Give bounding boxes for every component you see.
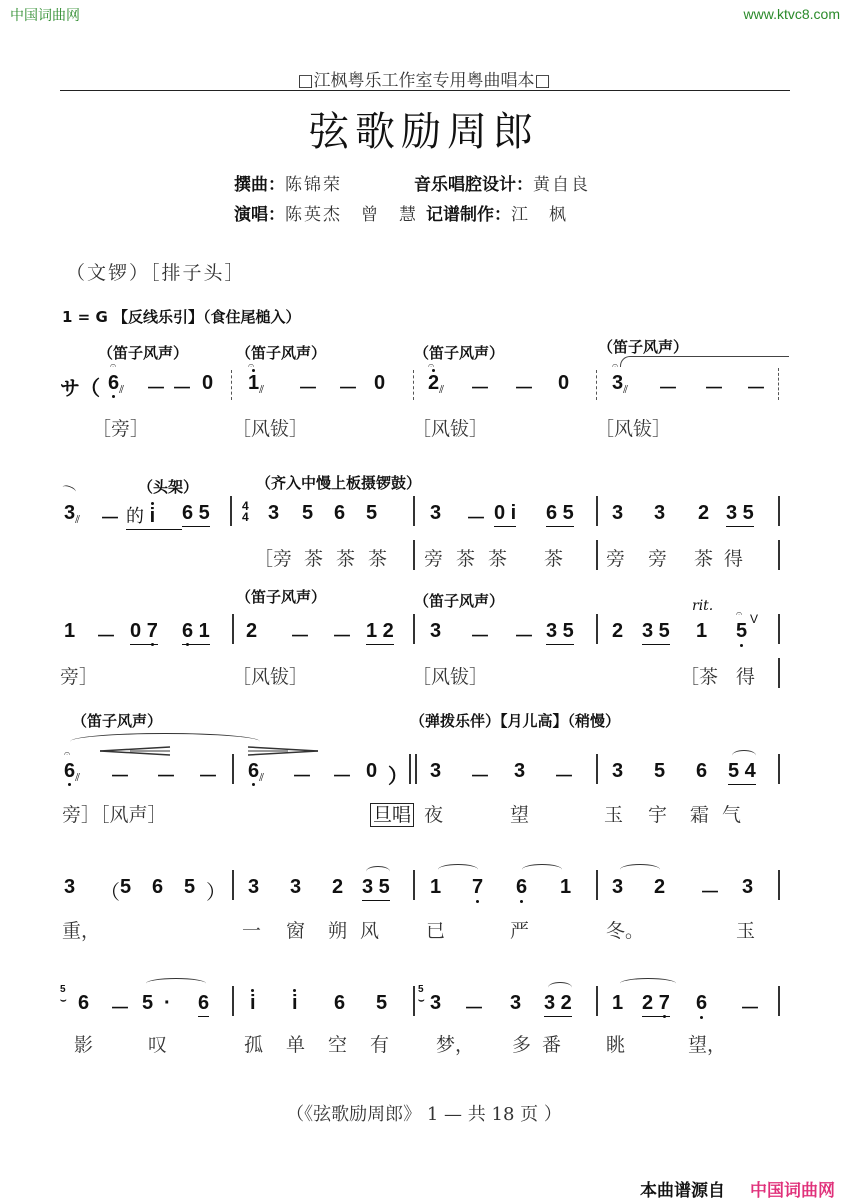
note: 0 (374, 372, 385, 395)
studio-banner: □江枫粤乐工作室专用粤曲唱本□ (0, 66, 848, 91)
note: 2 (428, 372, 439, 394)
lyric: ［风钹］ (412, 662, 488, 689)
lyric: 重， (62, 916, 100, 943)
barline (596, 540, 598, 570)
note: 3 (612, 876, 623, 898)
note: 3 (64, 876, 75, 898)
note: 6 (108, 372, 119, 394)
note: 6 (182, 620, 193, 642)
barline-dashed (413, 370, 414, 400)
dash: － (658, 372, 678, 401)
note: 3 (612, 502, 623, 524)
role-marker: 旦唱 (370, 800, 414, 827)
lyric: 茶 (488, 544, 507, 571)
note: 3 (430, 992, 441, 1014)
lyric: 旁 (424, 548, 443, 570)
note: 3 (430, 502, 441, 524)
credit-value: 陈锦荣 (285, 175, 342, 195)
source-site-link[interactable]: 中国词曲网 (750, 1176, 835, 1200)
lyric: 得 (724, 544, 743, 571)
dash: － (554, 760, 574, 789)
barline (596, 614, 598, 644)
dash: － (746, 372, 766, 401)
barline (596, 986, 598, 1016)
note: 3 (430, 760, 441, 782)
dash: － (700, 876, 720, 905)
credit-singers: 演唱：陈英杰 曾 慧 (234, 200, 418, 225)
lyric: 影 (74, 1030, 93, 1057)
note: 6 (516, 876, 527, 899)
source-label: 本曲谱源自 (640, 1176, 725, 1200)
barline (230, 496, 232, 526)
measure: 6⫽ － － 0 ） (248, 760, 408, 785)
dash: － (146, 372, 166, 401)
note-group: 0 7 (130, 620, 158, 645)
note: i (150, 505, 156, 527)
note: 6 (152, 876, 163, 899)
slur (620, 978, 676, 989)
lyric: ［旁 (254, 548, 292, 570)
credit-label: 撰曲： (234, 175, 285, 195)
dash: － (156, 760, 176, 789)
dash: － (100, 502, 120, 531)
lyric-note: 的 (126, 506, 144, 527)
note: 3 (612, 372, 623, 394)
lyric: 玉 (604, 800, 623, 827)
tremolo-icon: ⫽ (75, 514, 80, 526)
note-group: 1 2 (366, 620, 394, 645)
note: 3 (248, 876, 259, 898)
lyric: ［风钹］ (232, 662, 308, 689)
note-group: 6 1 (182, 620, 210, 645)
note: 1 (248, 372, 259, 394)
tremolo-icon: ⫽ (439, 384, 444, 396)
dash: － (198, 760, 218, 789)
dash: － (338, 372, 358, 401)
dash: － (96, 620, 116, 649)
barline (778, 496, 780, 526)
measure: 3 （ 5 6 5 ） (64, 876, 224, 899)
credit-composer: 撰曲：陈锦荣 (234, 170, 342, 195)
lyric: ［风钹］ (412, 414, 488, 441)
note: 1 (696, 620, 707, 643)
grace-note: 5⌣ (418, 984, 425, 1006)
dash: － (172, 372, 192, 401)
barline (232, 754, 234, 784)
key-signature-line: 1 = G 【反线乐引】（食住尾槌入） (62, 306, 301, 327)
note: 5 (376, 992, 387, 1015)
note: 2 (332, 876, 343, 899)
measure: 3 5 6 5 4 (612, 760, 772, 783)
lyric: 孤 (244, 1030, 263, 1057)
measure: 3 2 － 3 (612, 876, 772, 899)
dash: － (740, 992, 760, 1021)
lyric: ［风钹］ (595, 414, 671, 441)
credit-value: 黄自良 (533, 175, 590, 195)
lyric: 冬。 (606, 916, 644, 943)
dash: － (466, 502, 486, 531)
note: 5 (736, 620, 747, 643)
dash: － (290, 620, 310, 649)
tremolo-icon: ⫽ (623, 384, 628, 396)
barline-dashed (778, 368, 779, 400)
credit-label: 记谱制作： (426, 205, 511, 225)
note: 6 (198, 992, 209, 1017)
barline-dashed (231, 370, 232, 400)
slur (620, 864, 660, 875)
barline (232, 614, 234, 644)
dash: － (292, 760, 312, 789)
credit-music-design: 音乐唱腔设计：黄自良 (414, 170, 590, 195)
lyric: 茶 (544, 544, 563, 571)
note: 3 (742, 876, 753, 899)
note-group: 3 2 (544, 992, 572, 1017)
note: 6 (334, 992, 345, 1015)
barline (596, 870, 598, 900)
slur (522, 864, 562, 875)
lyric: 茶 (368, 544, 387, 571)
tremolo-icon: ⫽ (119, 384, 124, 396)
free-tempo-marker: サ（ (60, 378, 100, 400)
barline (413, 614, 415, 644)
note: 3 (64, 502, 75, 524)
barline (778, 614, 780, 644)
page-footer: （《弦歌励周郎》 1 — 共 18 页 ） (0, 1100, 848, 1126)
lyric: 旁 (606, 548, 625, 570)
note: 5 (654, 760, 665, 783)
measure: 3 3 2 3 5 (248, 876, 408, 899)
note: 5 (302, 502, 313, 525)
grace-note: 5⌣ (60, 984, 67, 1006)
lyric: 茶 (336, 544, 355, 571)
note: 1 (64, 620, 75, 642)
note-group: 6 5 (546, 502, 574, 527)
lyric: 有 (370, 1030, 389, 1057)
lyric-measure: ［旁 茶 茶 茶 (254, 544, 394, 571)
lyric: 茶 (304, 544, 323, 571)
lyric: 朔 (328, 916, 347, 943)
lyric: 严 (510, 916, 529, 943)
lyric: 梦， (436, 1030, 474, 1057)
slur (146, 978, 206, 989)
note: 6 (696, 760, 707, 783)
note: 6 (248, 760, 259, 782)
annotation: （笛子风声） (414, 590, 504, 611)
slur-continuation (61, 484, 77, 495)
measure: 1 2 7 6 － (612, 992, 772, 1015)
measure: 44 3 5 6 5 (242, 500, 392, 523)
lyric: ［旁］ (92, 414, 149, 441)
lyric: 风 (360, 916, 379, 943)
note: 2 (654, 876, 665, 899)
dash: － (470, 372, 490, 401)
paren-close: ） (206, 876, 226, 905)
barline (778, 986, 780, 1016)
lyric-measure: 旁 茶 茶 茶 (424, 544, 584, 571)
lyric: 多 (512, 1030, 531, 1057)
measure: 3⫽ － 的 i 6 5 (64, 502, 224, 527)
note: 5 (142, 992, 153, 1015)
note: 5 (184, 876, 195, 899)
barline (778, 870, 780, 900)
dash: － (704, 372, 724, 401)
barline (413, 870, 415, 900)
notes-row-1: サ（ (60, 372, 100, 401)
lyric: 气 (722, 800, 741, 827)
measure: i i 6 5 (250, 992, 410, 1015)
measure: 3 3 2 3 5 (612, 502, 772, 525)
dash: － (470, 760, 490, 789)
lyric: ［风钹］ (232, 414, 308, 441)
note-group: 3 5 (546, 620, 574, 645)
note-group: 3 5 (362, 876, 390, 901)
note: 1 (430, 876, 441, 898)
slur (438, 864, 478, 875)
note: 0 (558, 372, 569, 395)
note: 6 (78, 992, 89, 1015)
barline (778, 754, 780, 784)
time-sig-bottom: 4 (242, 510, 249, 524)
lyric-measure: 旁 旁 茶 得 (606, 544, 766, 571)
measure: 𝄐 6⫽ － － － (64, 760, 224, 785)
lyric: 番 (542, 1030, 561, 1057)
lyric: 茶 (694, 544, 713, 571)
note: 7 (147, 620, 158, 642)
tremolo-icon: ⫽ (259, 384, 264, 396)
dash: － (332, 760, 352, 789)
measure: 1 － 0 7 6 1 (64, 620, 224, 643)
lyric: 叹 (148, 1030, 167, 1057)
lyric: 玉 (736, 916, 755, 943)
lyric: ［茶 (680, 662, 718, 689)
double-barline (409, 754, 417, 784)
fermata-icon: 𝄐 (612, 360, 618, 373)
note-group: 6 5 (182, 502, 210, 527)
credit-value: 江 枫 (511, 205, 568, 225)
lyric: 窗 (286, 916, 305, 943)
lyric: 霜 (690, 800, 709, 827)
lyric: 夜 (424, 800, 443, 827)
measure: 2 － － 1 2 (246, 620, 406, 643)
song-title: 弦歌励周郎 (0, 100, 848, 157)
decrescendo-hairpin-icon (100, 746, 180, 756)
tremolo-icon: ⫽ (75, 772, 80, 784)
lyric: 一 (242, 916, 261, 943)
note: 3 (654, 502, 665, 525)
annotation: （齐入中慢上板摄锣鼓） (256, 472, 421, 493)
note: 3 (268, 502, 279, 525)
time-signature: 44 (242, 501, 249, 523)
note-group: 3 5 (642, 620, 670, 645)
barline (596, 754, 598, 784)
note: 7 (472, 876, 483, 899)
note: 5 (366, 502, 377, 525)
annotation: （头架） (138, 476, 198, 497)
lyric: 旁 (648, 544, 667, 571)
dash: － (514, 372, 534, 401)
lyric: 茶 (456, 544, 475, 571)
header-divider (60, 90, 790, 91)
dash: － (298, 372, 318, 401)
note: 0 (366, 760, 377, 783)
barline (778, 540, 780, 570)
ritardando-marking: rit. (692, 598, 713, 614)
dash: － (470, 620, 490, 649)
measure: 3 － － 3 5 (430, 620, 590, 643)
barline (232, 870, 234, 900)
measure: 5⌣ 3 － 3 3 2 (430, 992, 590, 1015)
dash: － (110, 760, 130, 789)
measure: 2 3 5 1 𝄐 5 V (612, 620, 772, 643)
crescendo-hairpin-icon (248, 746, 328, 756)
dash: － (464, 992, 484, 1021)
note: 3 (510, 992, 521, 1015)
lyric: 望 (510, 800, 529, 827)
note: 6 (64, 760, 75, 782)
slur (620, 356, 789, 367)
note: 1 (612, 992, 623, 1014)
note: 3 (290, 876, 301, 899)
credit-notation: 记谱制作：江 枫 (426, 200, 568, 225)
breath-mark-icon: V (750, 612, 758, 626)
dot: · (164, 992, 171, 1015)
watermark-site-name: 中国词曲网 (10, 5, 80, 25)
barline (413, 540, 415, 570)
note-group: 0 i (494, 502, 516, 527)
watermark-url[interactable]: www.ktvc8.com (744, 6, 840, 22)
intro-percussion: （文锣）［排子头］ (66, 258, 246, 285)
note: 2 (698, 502, 709, 525)
measure: 𝄐 6⫽ － － 0 (108, 372, 216, 397)
lyric: 宇 (648, 800, 667, 827)
lyric: 旁］ (60, 662, 98, 689)
barline (778, 658, 780, 688)
note: 3 (430, 620, 441, 642)
note: 5 (60, 984, 66, 995)
note: i (250, 992, 256, 1014)
note-group: 3 5 (726, 502, 754, 527)
tremolo-icon: ⫽ (259, 772, 264, 784)
note: 7 (659, 992, 670, 1014)
lyric: 空 (328, 1030, 347, 1057)
measure: 3 － 3 － (430, 760, 590, 783)
measure: 1 7 6 1 (430, 876, 590, 899)
note: 2 (612, 620, 623, 642)
barline (413, 986, 415, 1016)
role-box: 旦唱 (370, 803, 414, 827)
annotation: （笛子风声） (72, 710, 162, 731)
barline (413, 496, 415, 526)
lyric: 已 (426, 916, 445, 943)
paren-close: ） (388, 760, 408, 789)
barline (232, 986, 234, 1016)
barline (596, 496, 598, 526)
credit-label: 音乐唱腔设计： (414, 175, 533, 195)
paren-open: （ (100, 876, 120, 905)
note: 3 (514, 760, 525, 783)
note: 2 (246, 620, 257, 642)
barline-dashed (596, 370, 597, 400)
note: 5 (120, 876, 131, 899)
dash: － (110, 992, 130, 1021)
note: 3 (612, 760, 623, 782)
measure: 𝄐 1⫽ － － 0 (248, 372, 388, 397)
dash: － (514, 620, 534, 649)
lyric: 望， (688, 1030, 726, 1057)
lyric: 单 (286, 1030, 305, 1057)
note: i (292, 992, 298, 1015)
note: 5 (418, 984, 424, 995)
annotation: （笛子风声） (598, 336, 688, 357)
underlined-group: 的 i (126, 502, 182, 530)
note: 0 (202, 372, 213, 395)
annotation: （笛子风声） (236, 586, 326, 607)
credit-label: 演唱： (234, 205, 285, 225)
lyric: 得 (736, 662, 755, 689)
note: 6 (334, 502, 345, 525)
dash: － (332, 620, 352, 649)
lyric: 旁］［风声］ (62, 800, 167, 827)
lyric: 眺 (606, 1030, 625, 1057)
credit-value: 陈英杰 曾 慧 (285, 205, 418, 225)
measure: 𝄐 2⫽ － － 0 (428, 372, 568, 397)
note-group: 5 4 (728, 760, 756, 785)
annotation: （弹拨乐伴）【月儿高】（稍慢） (410, 710, 620, 731)
note: 1 (560, 876, 571, 899)
note: 6 (696, 992, 707, 1015)
measure: 3 － 0 i 6 5 (430, 502, 580, 525)
note-group: 2 7 (642, 992, 670, 1017)
measure: 𝄐 3⫽ － － － (612, 372, 762, 397)
